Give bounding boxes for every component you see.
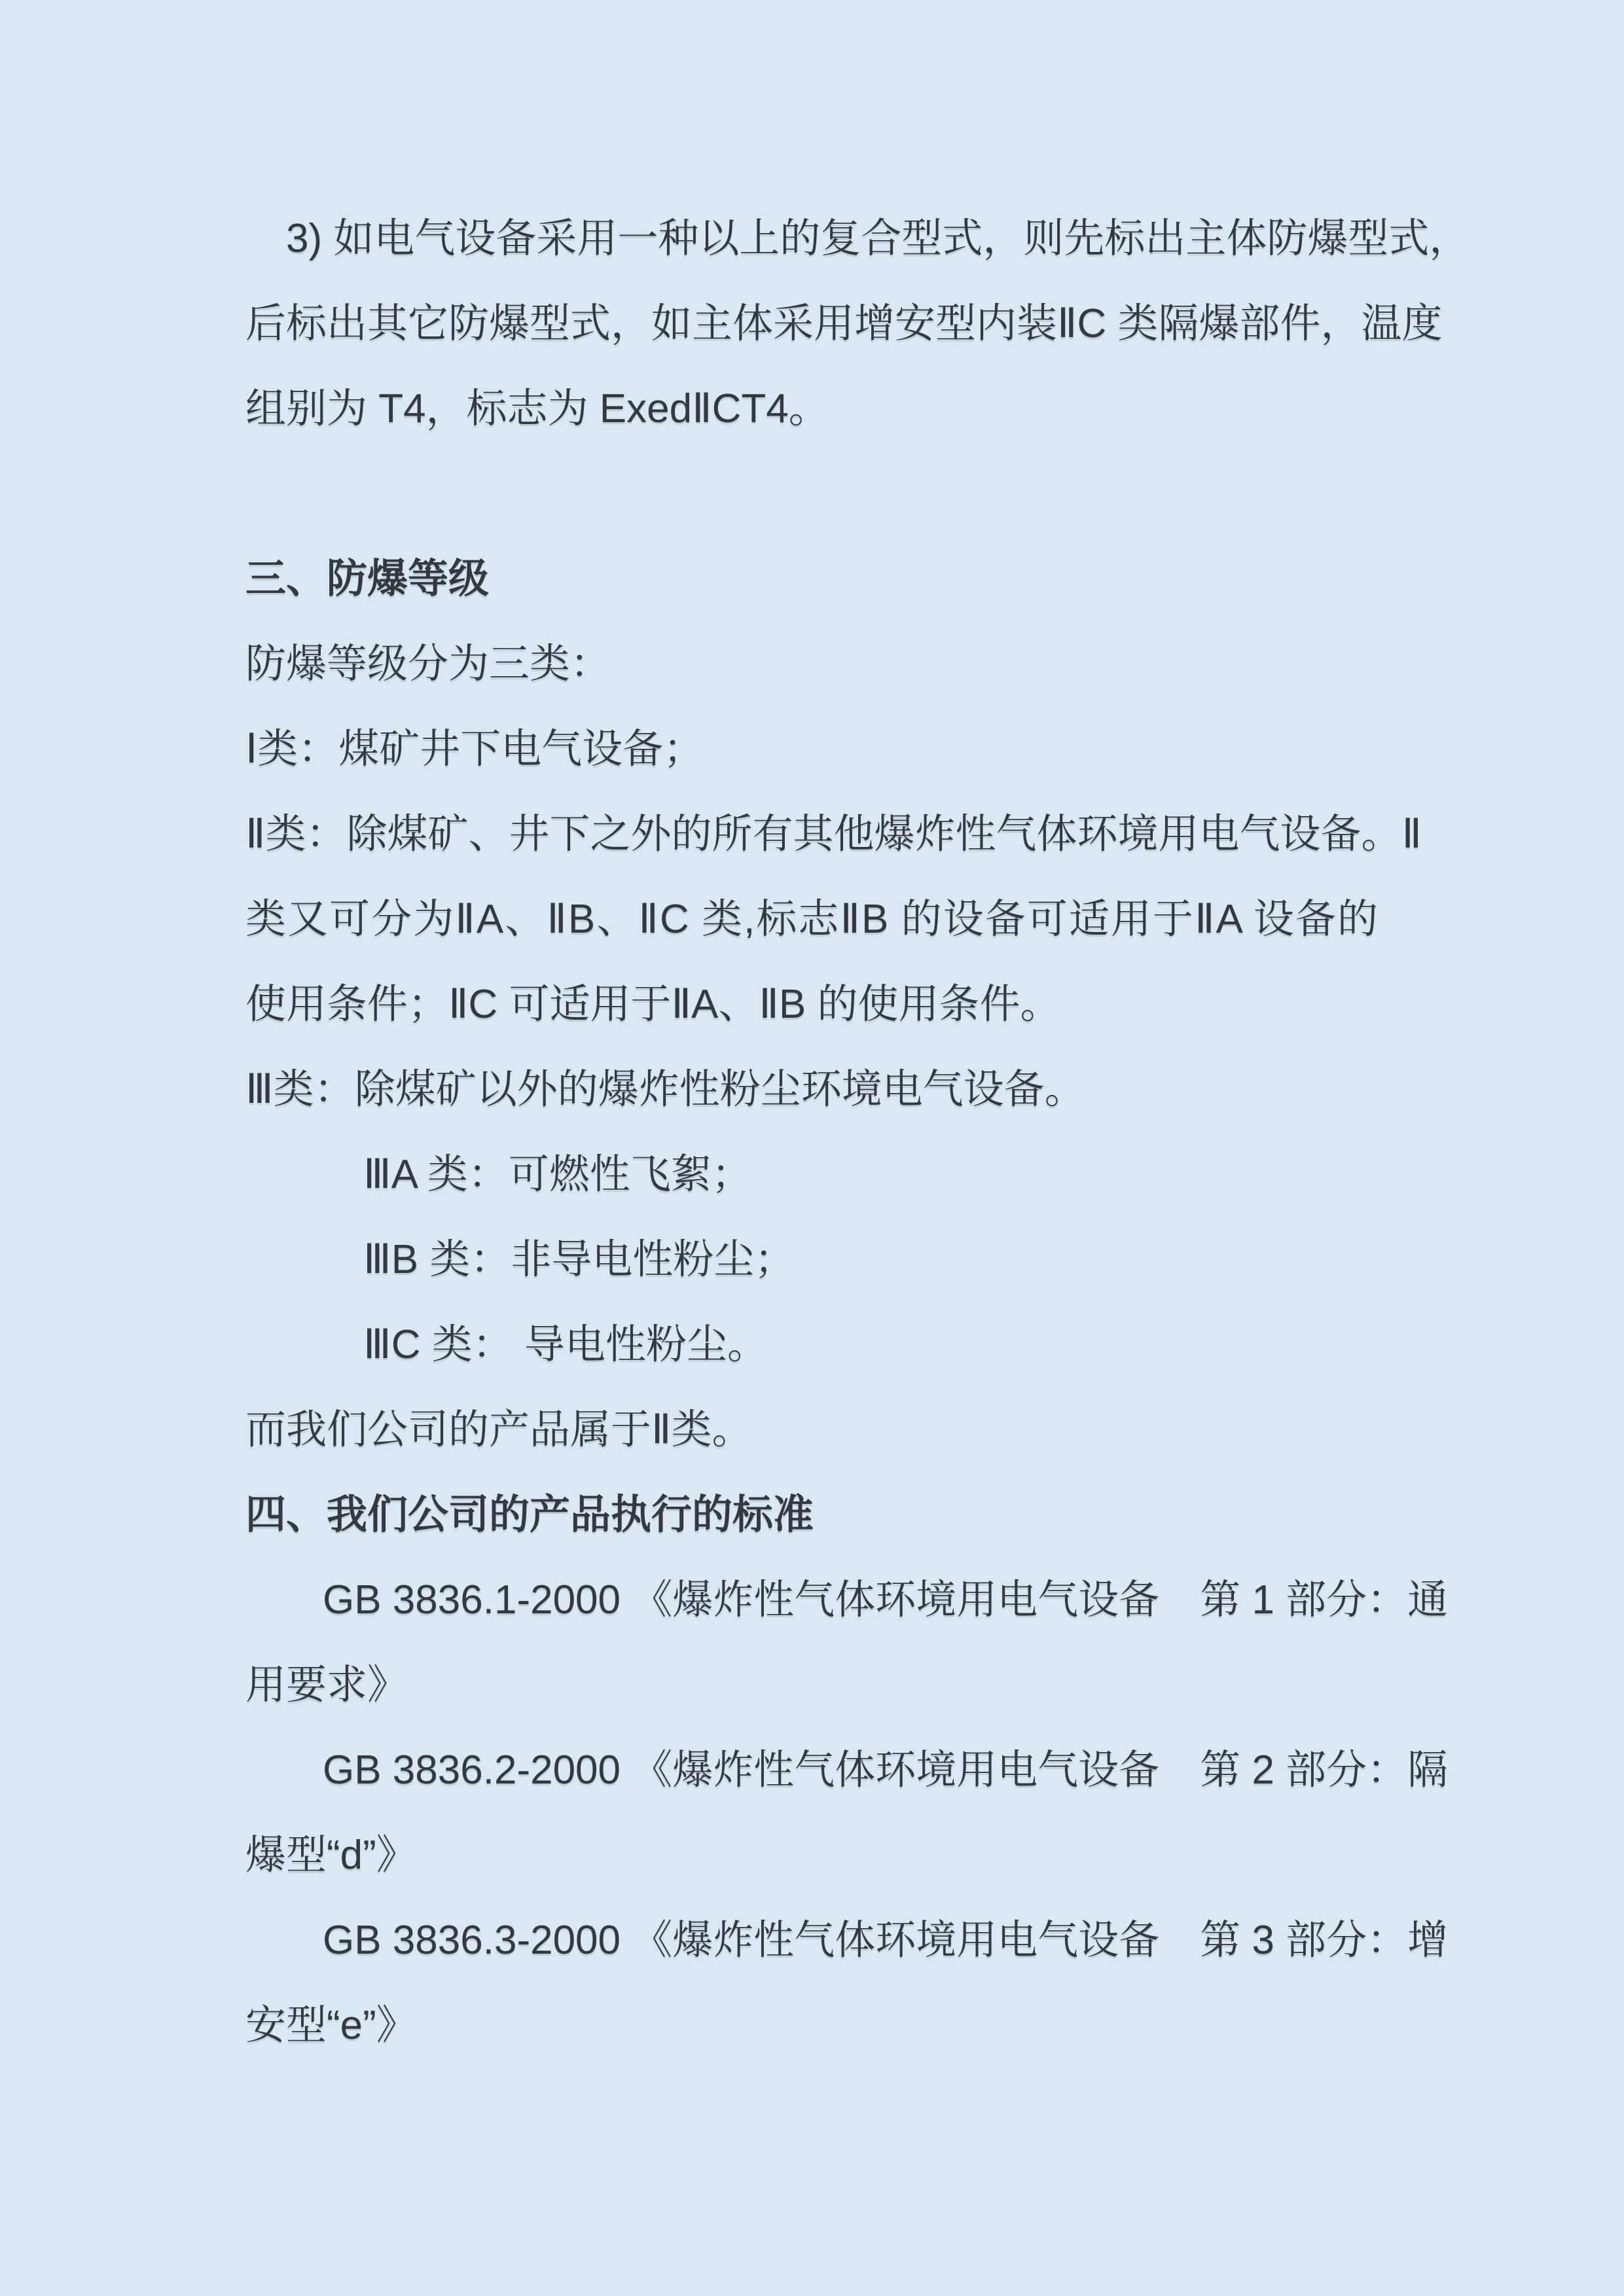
- line-class-ii-1: Ⅱ类：除煤矿、井下之外的所有其他爆炸性气体环境用电气设备。Ⅱ: [245, 792, 1378, 877]
- line-class-iii: Ⅲ类：除煤矿以外的爆炸性粉尘环境电气设备。: [245, 1047, 1378, 1132]
- document-page: 3) 如电气设备采用一种以上的复合型式，则先标出主体防爆型式， 后标出其它防爆型…: [0, 0, 1624, 2296]
- heading-section-4-standards: 四、我们公司的产品执行的标准: [245, 1473, 1378, 1558]
- line-class-ii-3: 使用条件；ⅡC 可适用于ⅡA、ⅡB 的使用条件。: [245, 962, 1378, 1047]
- para-compound-type-line-2: 后标出其它防爆型式，如主体采用增安型内装ⅡC 类隔爆部件，温度: [245, 281, 1378, 367]
- line-gb3836-2-part2: 爆型“d”》: [245, 1813, 1378, 1898]
- line-gb3836-1-part2: 用要求》: [245, 1643, 1378, 1728]
- line-grades-intro: 防爆等级分为三类：: [245, 622, 1378, 707]
- line-gb3836-1-part1: GB 3836.1-2000 《爆炸性气体环境用电气设备 第 1 部分：通: [245, 1558, 1378, 1643]
- line-our-products-class: 而我们公司的产品属于Ⅱ类。: [245, 1388, 1378, 1473]
- line-gb3836-2-part1: GB 3836.2-2000 《爆炸性气体环境用电气设备 第 2 部分：隔: [245, 1728, 1378, 1813]
- heading-section-3-explosion-proof-grades: 三、防爆等级: [245, 537, 1378, 622]
- para-compound-type-line-3: 组别为 T4，标志为 ExedⅡCT4。: [245, 367, 1378, 452]
- line-class-ii-2: 类又可分为ⅡA、ⅡB、ⅡC 类,标志ⅡB 的设备可适用于ⅡA 设备的: [245, 877, 1378, 962]
- line-gb3836-3-part1: GB 3836.3-2000 《爆炸性气体环境用电气设备 第 3 部分：增: [245, 1898, 1378, 1983]
- line-class-i: Ⅰ类：煤矿井下电气设备；: [245, 707, 1378, 792]
- para-compound-type-line-1: 3) 如电气设备采用一种以上的复合型式，则先标出主体防爆型式，: [245, 196, 1378, 281]
- line-class-iiia: ⅢA 类：可燃性飞絮；: [245, 1132, 1378, 1217]
- text-block: 3) 如电气设备采用一种以上的复合型式，则先标出主体防爆型式， 后标出其它防爆型…: [245, 196, 1378, 2068]
- line-gb3836-3-part2: 安型“e”》: [245, 1983, 1378, 2068]
- line-class-iiic: ⅢC 类： 导电性粉尘。: [245, 1302, 1378, 1388]
- line-class-iiib: ⅢB 类：非导电性粉尘；: [245, 1217, 1378, 1302]
